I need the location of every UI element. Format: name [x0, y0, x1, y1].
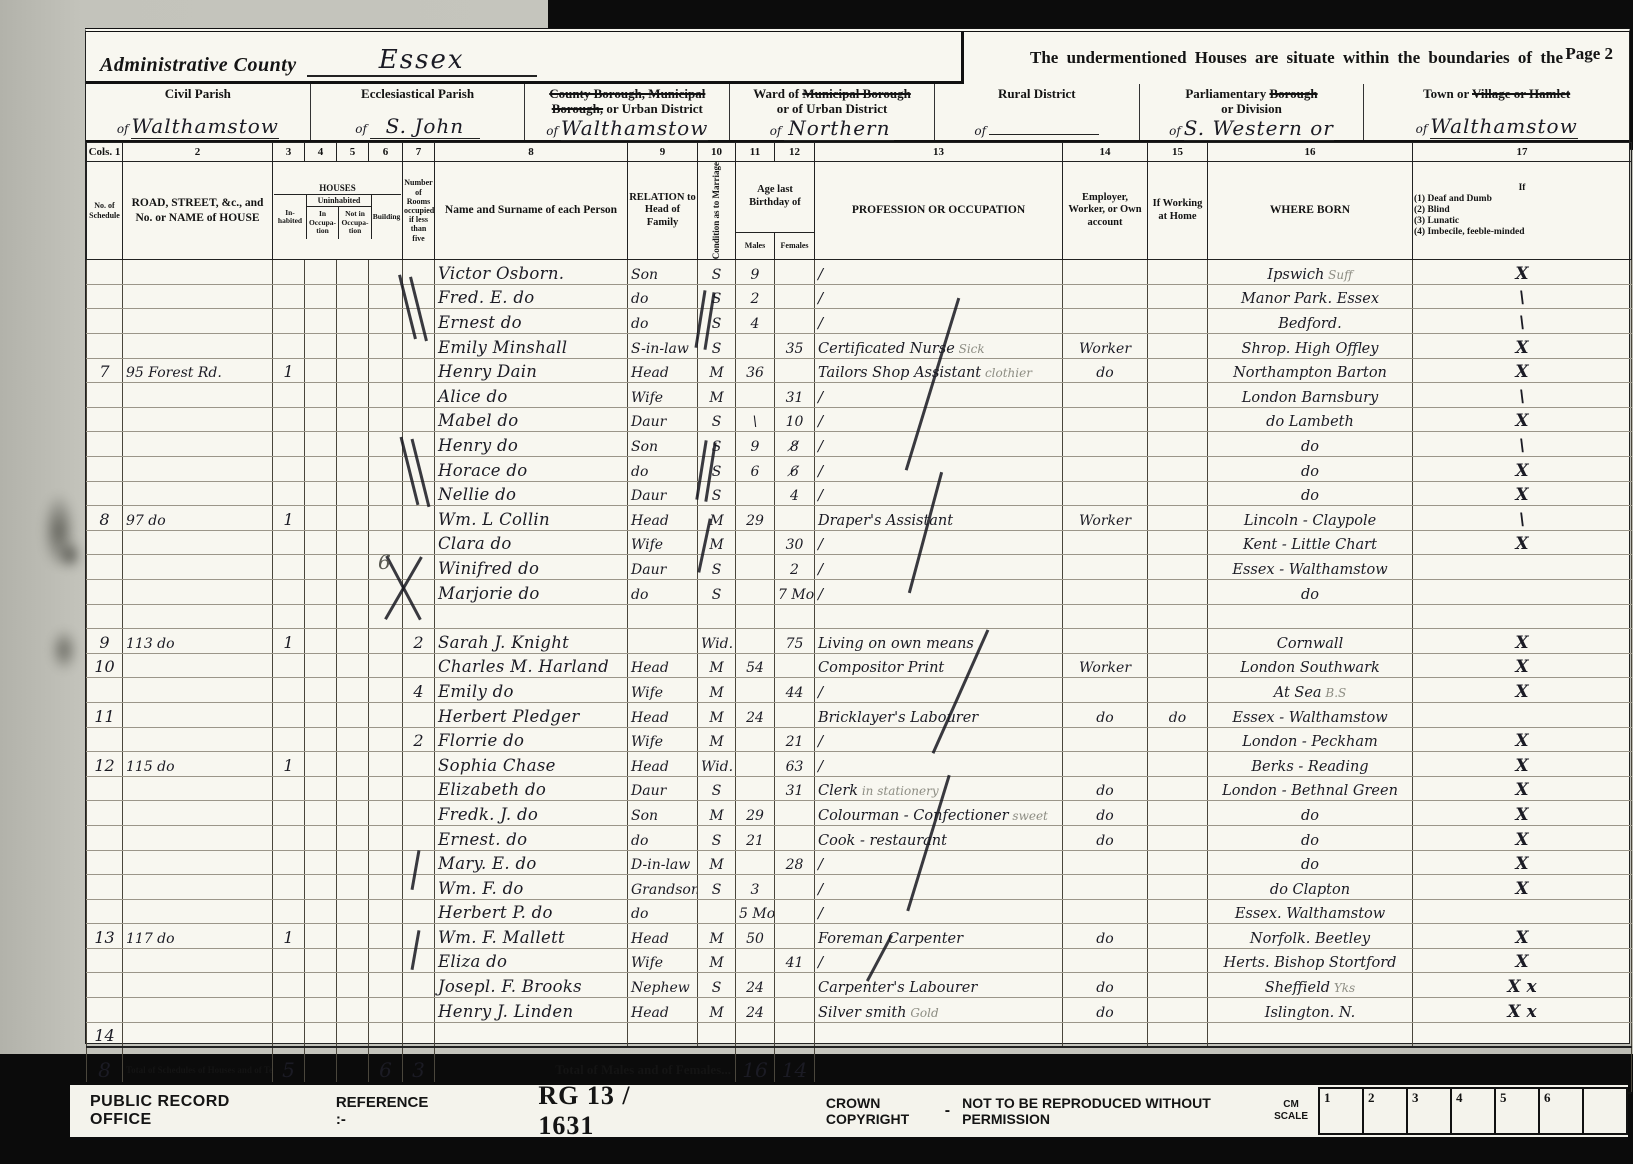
person-name: Clara do — [435, 530, 628, 555]
age-male — [736, 383, 775, 408]
building — [369, 457, 403, 482]
relation: do — [628, 899, 698, 924]
profession: / — [815, 432, 1063, 457]
age-male: 24 — [736, 702, 775, 727]
road-name: 115 do — [123, 752, 273, 777]
relation: Son — [628, 801, 698, 826]
title-text: Ward of — [753, 86, 802, 101]
age-male: 4 — [736, 309, 775, 334]
schedule-no — [87, 727, 123, 752]
person-name: Henry Dain — [435, 358, 628, 383]
age-male: 24 — [736, 973, 775, 998]
condition: M — [698, 678, 736, 703]
col-number: 14 — [1063, 143, 1148, 162]
employer-worker — [1063, 948, 1148, 973]
person-name: Marjorie do — [435, 579, 628, 604]
district-band: Civil Parish ofWalthamstow Ecclesiastica… — [86, 84, 1629, 142]
profession: / — [815, 530, 1063, 555]
col-number: 7 — [403, 143, 435, 162]
employer-worker — [1063, 481, 1148, 506]
profession: / — [815, 284, 1063, 309]
working-at-home — [1148, 604, 1208, 629]
town-value: Walthamstow — [1430, 114, 1577, 138]
infirmity-mark: X — [1413, 948, 1632, 973]
road-name — [123, 457, 273, 482]
working-at-home — [1148, 579, 1208, 604]
employer-worker — [1063, 752, 1148, 777]
infirmity-mark: X — [1413, 457, 1632, 482]
col-where-born-header: WHERE BORN — [1208, 162, 1413, 260]
age-female — [775, 1022, 815, 1047]
schedule-no — [87, 309, 123, 334]
table-row — [87, 604, 1632, 629]
building — [369, 407, 403, 432]
relation: Head — [628, 998, 698, 1023]
of-label: of — [974, 124, 986, 138]
archive-office: PUBLIC RECORD OFFICE — [90, 1093, 246, 1129]
building — [369, 260, 403, 285]
civil-parish-title: Civil Parish — [165, 87, 231, 102]
uninhabited-not-occupied — [337, 334, 369, 359]
col-number: Cols. 1 — [87, 143, 123, 162]
col-infirmity-header: If (1) Deaf and Dumb (2) Blind (3) Lunat… — [1413, 162, 1632, 260]
condition: M — [698, 358, 736, 383]
col-number: 11 — [736, 143, 775, 162]
relation: do — [628, 284, 698, 309]
building — [369, 924, 403, 949]
totals-schedules-value: 8 — [98, 1058, 111, 1082]
age-male — [736, 727, 775, 752]
not-in-occupation-label: Not in Occupa-tion — [339, 207, 371, 239]
relation: Wife — [628, 383, 698, 408]
rural-district-title: Rural District — [998, 87, 1076, 102]
uninhabited-not-occupied — [337, 457, 369, 482]
relation: Daur — [628, 481, 698, 506]
infirmity-mark: X — [1413, 334, 1632, 359]
person-name: Fred. E. do — [435, 284, 628, 309]
inhabited — [273, 260, 305, 285]
uninhabited-occupied — [305, 653, 337, 678]
age-female: 44 — [775, 678, 815, 703]
uninhabited-occupied — [305, 432, 337, 457]
age-female: 30 — [775, 530, 815, 555]
age-female — [775, 825, 815, 850]
where-born: London - Peckham — [1208, 727, 1413, 752]
rooms — [403, 973, 435, 998]
where-born: do — [1208, 825, 1413, 850]
civil-parish-value: Walthamstow — [131, 114, 278, 138]
infirmity-mark — [1413, 579, 1632, 604]
col-number: 5 — [337, 143, 369, 162]
age-male: 24 — [736, 998, 775, 1023]
age-female: 8̸ — [775, 432, 815, 457]
schedule-no — [87, 604, 123, 629]
road-name: 97 do — [123, 506, 273, 531]
employer-worker — [1063, 284, 1148, 309]
working-at-home — [1148, 432, 1208, 457]
schedule-no: 12 — [87, 752, 123, 777]
working-at-home — [1148, 457, 1208, 482]
infirmity-line: (2) Blind — [1414, 205, 1630, 216]
inhabited — [273, 457, 305, 482]
table-row: Mary. E. doD-in-lawM28/doX — [87, 850, 1632, 875]
uninhabited-occupied — [305, 358, 337, 383]
table-row: Nellie doDaurS4/doX — [87, 481, 1632, 506]
struck-text: County Borough, Municipal — [549, 86, 705, 101]
condition: S — [698, 825, 736, 850]
rooms — [403, 899, 435, 924]
age-male: 54 — [736, 653, 775, 678]
schedule-no — [87, 530, 123, 555]
of-label: of — [770, 124, 782, 138]
road-name — [123, 284, 273, 309]
age-female: 21 — [775, 727, 815, 752]
employer-worker — [1063, 260, 1148, 285]
schedule-no — [87, 998, 123, 1023]
where-born: Shrop. High Offley — [1208, 334, 1413, 359]
road-name — [123, 875, 273, 900]
working-at-home — [1148, 284, 1208, 309]
employer-worker — [1063, 555, 1148, 580]
struck-text: Municipal Borough — [802, 86, 910, 101]
age-male — [736, 530, 775, 555]
where-born: do Lambeth — [1208, 407, 1413, 432]
schedule-no — [87, 875, 123, 900]
header-right: The undermentioned Houses are situate wi… — [964, 32, 1629, 84]
working-at-home — [1148, 506, 1208, 531]
relation: do — [628, 579, 698, 604]
building — [369, 973, 403, 998]
relation: D-in-law — [628, 850, 698, 875]
profession: / — [815, 383, 1063, 408]
rooms — [403, 801, 435, 826]
schedule-no — [87, 579, 123, 604]
person-name: Mary. E. do — [435, 850, 628, 875]
reproduction-notice: NOT TO BE REPRODUCED WITHOUT PERMISSION — [962, 1095, 1219, 1127]
census-rows: Victor Osborn.SonS9/Ipswich SuffXFred. E… — [87, 260, 1632, 1048]
table-row: Mabel doDaurS\10/do LambethX — [87, 407, 1632, 432]
parliamentary-value: S. Western or — [1184, 116, 1334, 140]
condition: Wid. — [698, 752, 736, 777]
where-born: Herts. Bishop Stortford — [1208, 948, 1413, 973]
employer-worker — [1063, 407, 1148, 432]
houses-label: HOUSES — [274, 182, 401, 195]
uninhabited-not-occupied — [337, 850, 369, 875]
table-header: Cols. 1 2 3 4 5 6 7 8 9 10 11 12 13 14 1… — [87, 143, 1632, 260]
ecclesiastical-parish: Ecclesiastical Parish ofS. John — [311, 84, 526, 140]
inhabited — [273, 678, 305, 703]
where-born: Manor Park. Essex — [1208, 284, 1413, 309]
table-row: 4Emily doWifeM44/At Sea B.SX — [87, 678, 1632, 703]
uninhabited-occupied — [305, 948, 337, 973]
age-male: 21 — [736, 825, 775, 850]
inhabited — [273, 973, 305, 998]
road-name — [123, 727, 273, 752]
cm-scale-ruler: 1 2 3 4 5 6 — [1318, 1087, 1628, 1135]
employer-worker: do — [1063, 776, 1148, 801]
condition: S — [698, 875, 736, 900]
age-male: 9 — [736, 432, 775, 457]
table-row: 2Florrie doWifeM21/London - PeckhamX — [87, 727, 1632, 752]
building — [369, 702, 403, 727]
scan-dark-edge-top — [548, 0, 1633, 28]
relation: S-in-law — [628, 334, 698, 359]
infirmity-mark — [1413, 899, 1632, 924]
uninhabited-occupied — [305, 727, 337, 752]
col-condition-header: Condition as to Marriage — [698, 162, 736, 260]
where-born: Bedford. — [1208, 309, 1413, 334]
road-name — [123, 776, 273, 801]
rooms: 2 — [403, 629, 435, 654]
title-text: or of Urban District — [777, 101, 888, 116]
inhabited: 1 — [273, 506, 305, 531]
title-text: or Urban District — [603, 101, 703, 116]
uninhabited-occupied — [305, 555, 337, 580]
inhabited — [273, 309, 305, 334]
person-name: Sarah J. Knight — [435, 629, 628, 654]
condition: S — [698, 407, 736, 432]
uninhabited-not-occupied — [337, 948, 369, 973]
age-female — [775, 653, 815, 678]
undermentioned-text: The undermentioned Houses are situate wi… — [1030, 48, 1563, 68]
schedule-no — [87, 555, 123, 580]
schedule-no — [87, 457, 123, 482]
age-male: 9 — [736, 260, 775, 285]
employer-worker: do — [1063, 998, 1148, 1023]
building — [369, 481, 403, 506]
profession: Cook - restaurant — [815, 825, 1063, 850]
road-name — [123, 801, 273, 826]
table-row: 14 — [87, 1022, 1632, 1047]
uninhabited-occupied — [305, 678, 337, 703]
col-number: 13 — [815, 143, 1063, 162]
county-borough: County Borough, Municipal Borough, or Ur… — [525, 84, 730, 140]
uninhabited-occupied — [305, 309, 337, 334]
inhabited — [273, 702, 305, 727]
inhabited — [273, 555, 305, 580]
inhabited — [273, 727, 305, 752]
building — [369, 850, 403, 875]
building — [369, 506, 403, 531]
road-name — [123, 899, 273, 924]
table-row: Alice doWifeM31/London Barnsbury\ — [87, 383, 1632, 408]
condition: M — [698, 850, 736, 875]
where-born: London Barnsbury — [1208, 383, 1413, 408]
condition: M — [698, 506, 736, 531]
eccl-parish-value: S. John — [386, 114, 465, 138]
infirmity-mark: X — [1413, 727, 1632, 752]
age-male: 36 — [736, 358, 775, 383]
relation: Head — [628, 924, 698, 949]
uninhabited-not-occupied — [337, 358, 369, 383]
relation: Wife — [628, 948, 698, 973]
inhabited — [273, 899, 305, 924]
uninhabited-not-occupied — [337, 407, 369, 432]
ward: Ward of Municipal Borough or of Urban Di… — [730, 84, 935, 140]
infirmity-mark: X — [1413, 801, 1632, 826]
scale-box: 5 — [1496, 1089, 1540, 1133]
relation: do — [628, 457, 698, 482]
totals-inhabited-value: 5 — [282, 1058, 295, 1082]
working-at-home — [1148, 407, 1208, 432]
uninhabited-occupied — [305, 924, 337, 949]
age-male — [736, 334, 775, 359]
where-born: London Southwark — [1208, 653, 1413, 678]
uninhabited-occupied — [305, 875, 337, 900]
employer-worker — [1063, 1022, 1148, 1047]
infirmity-line: (1) Deaf and Dumb — [1414, 194, 1630, 205]
schedule-no — [87, 383, 123, 408]
age-female — [775, 309, 815, 334]
uninhabited-not-occupied — [337, 629, 369, 654]
person-name: Wm. F. do — [435, 875, 628, 900]
ward-title: Ward of Municipal Borough or of Urban Di… — [753, 87, 911, 116]
table-row: Horace dodoS66̸/doX — [87, 457, 1632, 482]
infirmity-line: If — [1414, 183, 1630, 194]
schedule-no: 9 — [87, 629, 123, 654]
age-female — [775, 702, 815, 727]
uninhabited-occupied — [305, 973, 337, 998]
employer-worker: Worker — [1063, 334, 1148, 359]
age-female — [775, 875, 815, 900]
building — [369, 432, 403, 457]
where-born: London - Bethnal Green — [1208, 776, 1413, 801]
employer-worker: do — [1063, 825, 1148, 850]
census-page: Administrative County Essex The undermen… — [85, 28, 1630, 1044]
profession: Carpenter's Labourer — [815, 973, 1063, 998]
age-male — [736, 948, 775, 973]
person-name: Emily do — [435, 678, 628, 703]
totals-males-value: 16 — [742, 1058, 767, 1082]
relation: Daur — [628, 555, 698, 580]
employer-worker: Worker — [1063, 506, 1148, 531]
age-male — [736, 850, 775, 875]
col-number: 9 — [628, 143, 698, 162]
working-at-home — [1148, 875, 1208, 900]
infirmity-mark — [1413, 1022, 1632, 1047]
rooms — [403, 260, 435, 285]
age-male: 3 — [736, 875, 775, 900]
person-name: Wm. L Collin — [435, 506, 628, 531]
uninhabited-not-occupied — [337, 383, 369, 408]
females-label: Females — [775, 232, 815, 260]
infirmity-mark: X — [1413, 752, 1632, 777]
employer-worker — [1063, 899, 1148, 924]
col-number: 15 — [1148, 143, 1208, 162]
where-born: Islington. N. — [1208, 998, 1413, 1023]
uninhabited-not-occupied — [337, 530, 369, 555]
uninhabited-not-occupied — [337, 702, 369, 727]
person-name: Victor Osborn. — [435, 260, 628, 285]
relation: Wife — [628, 530, 698, 555]
building — [369, 727, 403, 752]
employer-worker: do — [1063, 973, 1148, 998]
inhabited — [273, 776, 305, 801]
table-row: 11Herbert PledgerHeadM24Bricklayer's Lab… — [87, 702, 1632, 727]
road-name — [123, 604, 273, 629]
uninhabited-label: Uninhabited — [307, 195, 371, 207]
working-at-home — [1148, 973, 1208, 998]
where-born: do Clapton — [1208, 875, 1413, 900]
employer-worker — [1063, 678, 1148, 703]
schedule-no: 10 — [87, 653, 123, 678]
age-female: 31 — [775, 383, 815, 408]
schedule-no — [87, 284, 123, 309]
table-row: Wm. F. doGrandsonS3/do ClaptonX — [87, 875, 1632, 900]
uninhabited-occupied — [305, 530, 337, 555]
condition: M — [698, 653, 736, 678]
employer-worker: do — [1063, 702, 1148, 727]
col-number: 4 — [305, 143, 337, 162]
relation: Nephew — [628, 973, 698, 998]
infirmity-mark: X — [1413, 850, 1632, 875]
inhabited — [273, 604, 305, 629]
working-at-home — [1148, 776, 1208, 801]
relation: Son — [628, 432, 698, 457]
profession: / — [815, 260, 1063, 285]
uninhabited-not-occupied — [337, 899, 369, 924]
table-row: Eliza doWifeM41/Herts. Bishop StortfordX — [87, 948, 1632, 973]
where-born — [1208, 1022, 1413, 1047]
person-name: Herbert P. do — [435, 899, 628, 924]
working-at-home — [1148, 678, 1208, 703]
infirmity-mark: X — [1413, 481, 1632, 506]
where-born: do — [1208, 432, 1413, 457]
struck-text: Village or Hamlet — [1472, 86, 1570, 101]
condition — [698, 899, 736, 924]
rooms — [403, 875, 435, 900]
condition: M — [698, 998, 736, 1023]
age-female — [775, 604, 815, 629]
uninhabited-occupied — [305, 899, 337, 924]
road-name — [123, 653, 273, 678]
schedule-no — [87, 899, 123, 924]
infirmity-mark: \ — [1413, 383, 1632, 408]
age-male — [736, 629, 775, 654]
profession: Certificated Nurse Sick — [815, 334, 1063, 359]
employer-worker — [1063, 457, 1148, 482]
inhabited — [273, 1022, 305, 1047]
relation: Head — [628, 752, 698, 777]
road-name — [123, 555, 273, 580]
building — [369, 752, 403, 777]
person-name: Horace do — [435, 457, 628, 482]
employer-worker: do — [1063, 924, 1148, 949]
rural-district: Rural District of — [935, 84, 1140, 140]
table-row: Winifred doDaurS2/Essex - Walthamstow — [87, 555, 1632, 580]
person-name: Nellie do — [435, 481, 628, 506]
uninhabited-not-occupied — [337, 555, 369, 580]
age-female — [775, 358, 815, 383]
age-male: 29 — [736, 506, 775, 531]
age-female — [775, 506, 815, 531]
inhabited — [273, 383, 305, 408]
relation: do — [628, 309, 698, 334]
profession: Compositor Print — [815, 653, 1063, 678]
condition: S — [698, 579, 736, 604]
totals-rooms-value: 3 — [412, 1058, 425, 1082]
infirmity-mark: X — [1413, 924, 1632, 949]
uninhabited-not-occupied — [337, 875, 369, 900]
age-female — [775, 260, 815, 285]
person-name: Herbert Pledger — [435, 702, 628, 727]
table-row: Henry doSonS98̸/do\ — [87, 432, 1632, 457]
uninhabited-occupied — [305, 1022, 337, 1047]
where-born: Cornwall — [1208, 629, 1413, 654]
rooms — [403, 383, 435, 408]
scale-box — [1584, 1089, 1628, 1133]
scale-box: 1 — [1320, 1089, 1364, 1133]
